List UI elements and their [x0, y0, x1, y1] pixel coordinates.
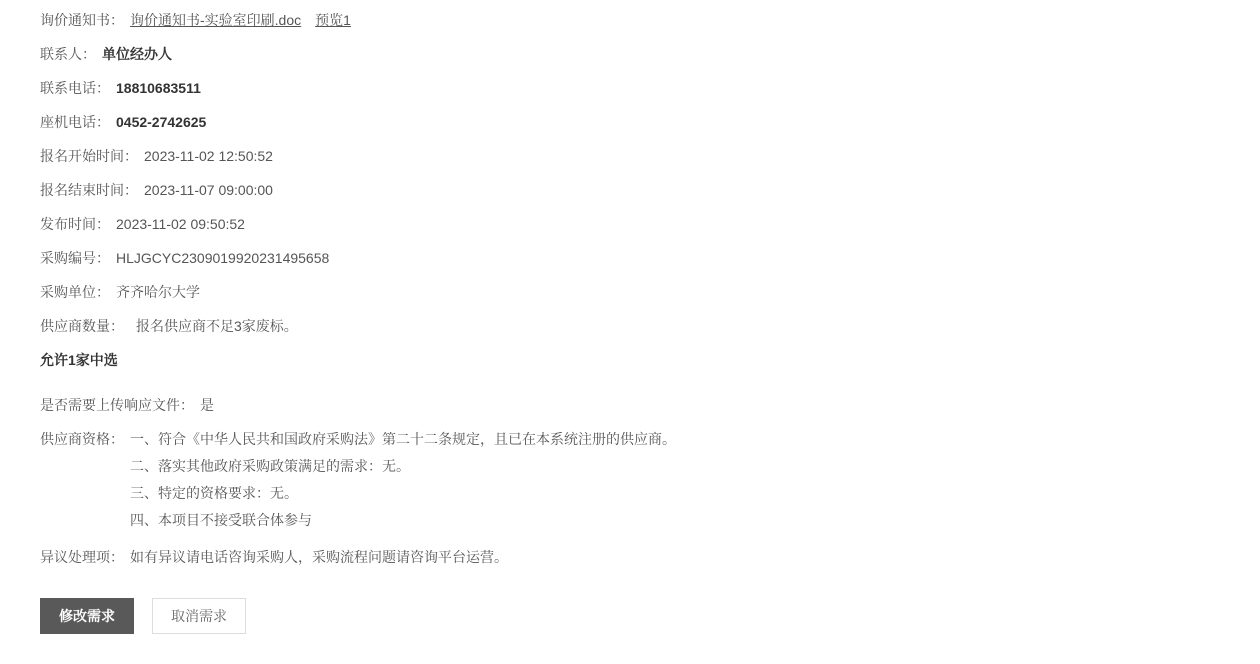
objection-handling-label: 异议处理项： — [40, 547, 124, 567]
qualification-line-3: 三、特定的资格要求：无。 — [130, 483, 676, 503]
signup-start-time-label: 报名开始时间： — [40, 146, 138, 166]
inquiry-notice-preview-link[interactable]: 预览1 — [315, 12, 351, 28]
landline-phone-value: 0452-2742625 — [116, 112, 206, 132]
inquiry-notice-label: 询价通知书： — [40, 10, 124, 30]
qualification-line-1: 一、符合《中华人民共和国政府采购法》第二十二条规定，且已在本系统注册的供应商。 — [130, 429, 676, 449]
row-objection-handling: 异议处理项： 如有异议请电话咨询采购人，采购流程问题请咨询平台运营。 — [40, 547, 1220, 567]
procurement-unit-label: 采购单位： — [40, 282, 110, 302]
winner-note-text: 允许1家中选 — [40, 350, 118, 370]
row-landline-phone: 座机电话： 0452-2742625 — [40, 112, 1220, 132]
procurement-number-value: HLJGCYC2309019920231495658 — [116, 248, 329, 268]
upload-response-value: 是 — [200, 395, 214, 415]
modify-request-button[interactable]: 修改需求 — [40, 598, 134, 634]
row-contact-phone: 联系电话： 18810683511 — [40, 78, 1220, 98]
row-signup-start-time: 报名开始时间： 2023-11-02 12:50:52 — [40, 146, 1220, 166]
row-inquiry-notice: 询价通知书： 询价通知书-实验室印刷.doc预览1 — [40, 10, 1220, 30]
row-signup-end-time: 报名结束时间： 2023-11-07 09:00:00 — [40, 180, 1220, 200]
signup-start-time-value: 2023-11-02 12:50:52 — [144, 146, 273, 166]
publish-time-label: 发布时间： — [40, 214, 110, 234]
publish-time-value: 2023-11-02 09:50:52 — [116, 214, 245, 234]
supplier-qualification-lines: 一、符合《中华人民共和国政府采购法》第二十二条规定，且已在本系统注册的供应商。 … — [130, 429, 676, 530]
procurement-unit-value: 齐齐哈尔大学 — [116, 282, 200, 302]
row-publish-time: 发布时间： 2023-11-02 09:50:52 — [40, 214, 1220, 234]
contact-phone-label: 联系电话： — [40, 78, 110, 98]
inquiry-notice-doc-link[interactable]: 询价通知书-实验室印刷.doc — [130, 12, 301, 28]
contact-person-label: 联系人： — [40, 44, 96, 64]
row-procurement-unit: 采购单位： 齐齐哈尔大学 — [40, 282, 1220, 302]
procurement-detail-panel: 询价通知书： 询价通知书-实验室印刷.doc预览1 联系人： 单位经办人 联系电… — [0, 0, 1260, 634]
row-upload-response: 是否需要上传响应文件： 是 — [40, 395, 1220, 415]
objection-handling-value: 如有异议请电话咨询采购人，采购流程问题请咨询平台运营。 — [130, 547, 508, 567]
row-contact-person: 联系人： 单位经办人 — [40, 44, 1220, 64]
cancel-request-button[interactable]: 取消需求 — [152, 598, 246, 634]
procurement-number-label: 采购编号： — [40, 248, 110, 268]
row-supplier-qualification: 供应商资格： 一、符合《中华人民共和国政府采购法》第二十二条规定，且已在本系统注… — [40, 429, 1220, 530]
qualification-line-4: 四、本项目不接受联合体参与 — [130, 510, 676, 530]
supplier-count-label: 供应商数量： — [40, 316, 124, 336]
supplier-qualification-label: 供应商资格： — [40, 429, 124, 449]
contact-person-value: 单位经办人 — [102, 44, 172, 64]
inquiry-notice-value: 询价通知书-实验室印刷.doc预览1 — [130, 10, 365, 30]
upload-response-label: 是否需要上传响应文件： — [40, 395, 194, 415]
signup-end-time-value: 2023-11-07 09:00:00 — [144, 180, 273, 200]
row-procurement-number: 采购编号： HLJGCYC2309019920231495658 — [40, 248, 1220, 268]
action-button-bar: 修改需求 取消需求 — [40, 598, 1220, 634]
signup-end-time-label: 报名结束时间： — [40, 180, 138, 200]
row-supplier-count: 供应商数量： 报名供应商不足3家废标。 — [40, 316, 1220, 336]
row-winner-note: 允许1家中选 — [40, 350, 1220, 370]
contact-phone-value: 18810683511 — [116, 78, 201, 98]
supplier-count-value: 报名供应商不足3家废标。 — [136, 316, 298, 336]
qualification-line-2: 二、落实其他政府采购政策满足的需求：无。 — [130, 456, 676, 476]
landline-phone-label: 座机电话： — [40, 112, 110, 132]
